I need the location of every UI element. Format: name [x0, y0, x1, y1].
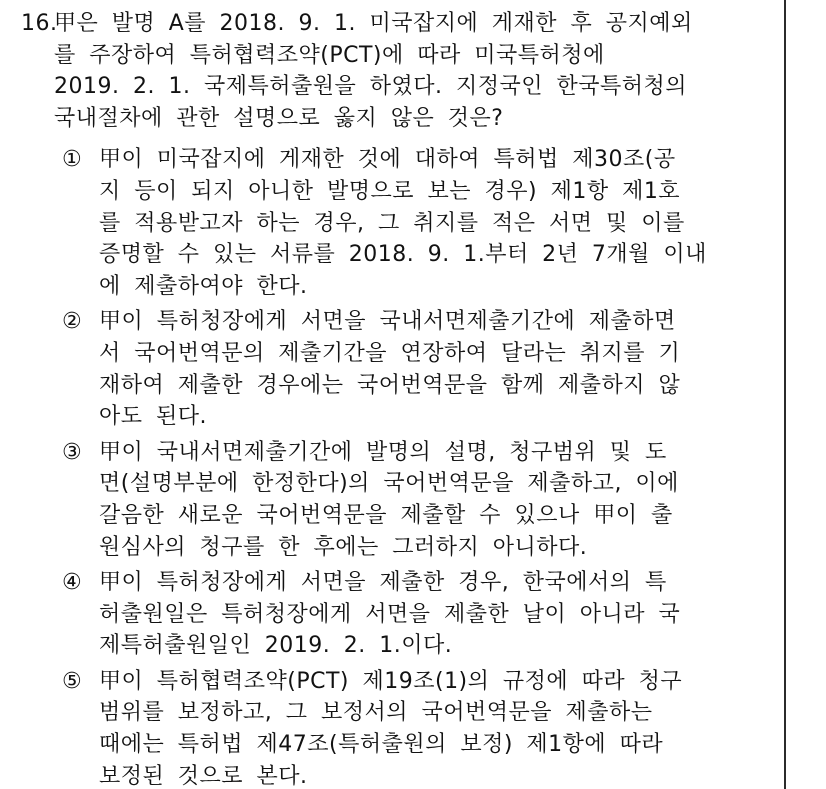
- text-line: 제특허출원일인 2019. 2. 1.이다.: [99, 630, 812, 662]
- question-number: 16.: [21, 8, 54, 134]
- option-marker: ④: [62, 567, 99, 662]
- option-text: 甲이 미국잡지에 게재한 것에 대하여 특허법 제30조(공지 등이 되지 아니…: [99, 144, 812, 302]
- question-text: 甲은 발명 A를 2018. 9. 1. 미국잡지에 게재한 후 공지예외를 주…: [54, 8, 812, 134]
- text-line: 재하여 제출한 경우에는 국어번역문을 함께 제출하지 않: [99, 370, 812, 402]
- option-text: 甲이 특허청장에게 서면을 제출한 경우, 한국에서의 특허출원일은 특허청장에…: [99, 567, 812, 662]
- option-text: 甲이 국내서면제출기간에 발명의 설명, 청구범위 및 도면(설명부분에 한정한…: [99, 437, 812, 563]
- option-item: ① 甲이 미국잡지에 게재한 것에 대하여 특허법 제30조(공지 등이 되지 …: [0, 144, 826, 302]
- option-marker: ②: [62, 306, 99, 432]
- text-line: 에 제출하여야 한다.: [99, 271, 812, 303]
- text-line: 허출원일은 특허청장에게 서면을 제출한 날이 아니라 국: [99, 599, 812, 631]
- option-marker: ①: [62, 144, 99, 302]
- text-line: 때에는 특허법 제47조(특허출원의 보정) 제1항에 따라: [99, 729, 812, 761]
- text-line: 를 적용받고자 하는 경우, 그 취지를 적은 서면 및 이를: [99, 208, 812, 240]
- option-marker: ⑤: [62, 666, 99, 789]
- option-item: ③ 甲이 국내서면제출기간에 발명의 설명, 청구범위 및 도면(설명부분에 한…: [0, 437, 826, 563]
- option-item: ② 甲이 특허청장에게 서면을 국내서면제출기간에 제출하면서 국어번역문의 제…: [0, 306, 826, 432]
- text-line: 국내절차에 관한 설명으로 옳지 않은 것은?: [54, 103, 812, 135]
- text-line: 아도 된다.: [99, 401, 812, 433]
- option-text: 甲이 특허협력조약(PCT) 제19조(1)의 규정에 따라 청구범위를 보정하…: [99, 666, 812, 789]
- options-list: ① 甲이 미국잡지에 게재한 것에 대하여 특허법 제30조(공지 등이 되지 …: [0, 144, 826, 789]
- text-line: 甲이 특허협력조약(PCT) 제19조(1)의 규정에 따라 청구: [99, 666, 812, 698]
- text-line: 甲이 국내서면제출기간에 발명의 설명, 청구범위 및 도: [99, 437, 812, 469]
- text-line: 원심사의 청구를 한 후에는 그러하지 아니하다.: [99, 532, 812, 564]
- text-line: 甲은 발명 A를 2018. 9. 1. 미국잡지에 게재한 후 공지예외: [54, 8, 812, 40]
- option-marker: ③: [62, 437, 99, 563]
- text-line: 서 국어번역문의 제출기간을 연장하여 달라는 취지를 기: [99, 338, 812, 370]
- text-line: 2019. 2. 1. 국제특허출원을 하였다. 지정국인 한국특허청의: [54, 71, 812, 103]
- option-item: ④ 甲이 특허청장에게 서면을 제출한 경우, 한국에서의 특허출원일은 특허청…: [0, 567, 826, 662]
- text-line: 보정된 것으로 본다.: [99, 761, 812, 789]
- text-line: 甲이 특허청장에게 서면을 국내서면제출기간에 제출하면: [99, 306, 812, 338]
- text-line: 증명할 수 있는 서류를 2018. 9. 1.부터 2년 7개월 이내: [99, 239, 812, 271]
- text-line: 갈음한 새로운 국어번역문을 제출할 수 있으나 甲이 출: [99, 500, 812, 532]
- text-line: 면(설명부분에 한정한다)의 국어번역문을 제출하고, 이에: [99, 468, 812, 500]
- option-text: 甲이 특허청장에게 서면을 국내서면제출기간에 제출하면서 국어번역문의 제출기…: [99, 306, 812, 432]
- text-line: 범위를 보정하고, 그 보정서의 국어번역문을 제출하는: [99, 697, 812, 729]
- column-divider-line: [784, 0, 786, 789]
- question-row: 16. 甲은 발명 A를 2018. 9. 1. 미국잡지에 게재한 후 공지예…: [0, 8, 826, 134]
- text-line: 甲이 미국잡지에 게재한 것에 대하여 특허법 제30조(공: [99, 144, 812, 176]
- option-item: ⑤ 甲이 특허협력조약(PCT) 제19조(1)의 규정에 따라 청구범위를 보…: [0, 666, 826, 789]
- text-line: 를 주장하여 특허협력조약(PCT)에 따라 미국특허청에: [54, 40, 812, 72]
- text-line: 지 등이 되지 아니한 발명으로 보는 경우) 제1항 제1호: [99, 176, 812, 208]
- text-line: 甲이 특허청장에게 서면을 제출한 경우, 한국에서의 특: [99, 567, 812, 599]
- exam-question-block: 16. 甲은 발명 A를 2018. 9. 1. 미국잡지에 게재한 후 공지예…: [0, 0, 826, 789]
- exam-page: 16. 甲은 발명 A를 2018. 9. 1. 미국잡지에 게재한 후 공지예…: [0, 0, 826, 789]
